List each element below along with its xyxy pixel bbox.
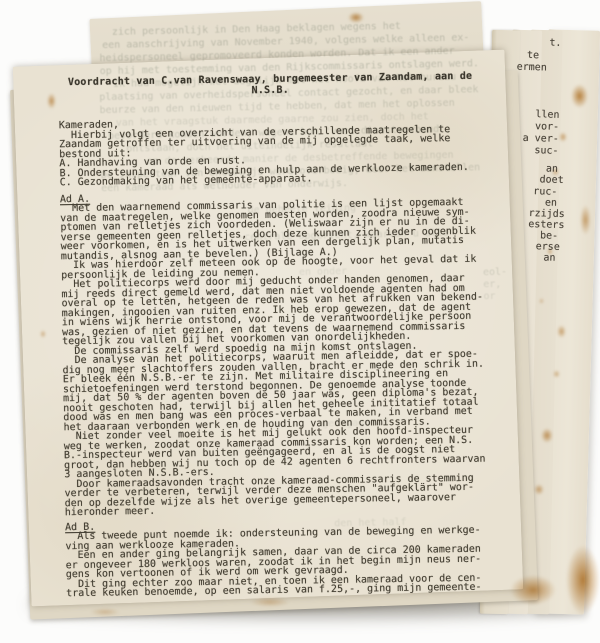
edge-line-fragment: doet [539,175,563,186]
edge-line-fragment: a ver- [523,134,559,145]
edge-line-fragment: en [545,198,557,208]
edge-line-fragment: erse [536,242,560,253]
edge-line-fragment: llen [535,110,559,121]
edge-line-fragment: ermen [517,63,547,74]
edge-line-fragment: te [527,51,539,61]
document-body: Kameraden, Hierbij volgt een overzicht v… [59,115,490,599]
document-text: Voordracht van C.van Ravenswaay, burgeme… [18,54,518,602]
edge-line-fragment: suc- [534,146,558,157]
edge-page-text: t.teermenllenvor-a ver-suc-andoetruc-enr… [494,37,561,299]
edge-line-fragment: t. [549,39,561,49]
edge-line-fragment: an [546,165,558,175]
edge-line-fragment: esters [528,220,564,231]
edge-line-fragment: an [543,253,555,263]
document-page: Voordracht van C.van Ravenswaay, burgeme… [13,50,524,607]
edge-line-fragment: ruc- [533,187,557,198]
photo-scene: Voordracht van C.van Ravenswaay, burgeme… [0,0,600,643]
edge-line-fragment: be- [540,231,558,242]
edge-line-fragment: vor- [535,122,559,133]
